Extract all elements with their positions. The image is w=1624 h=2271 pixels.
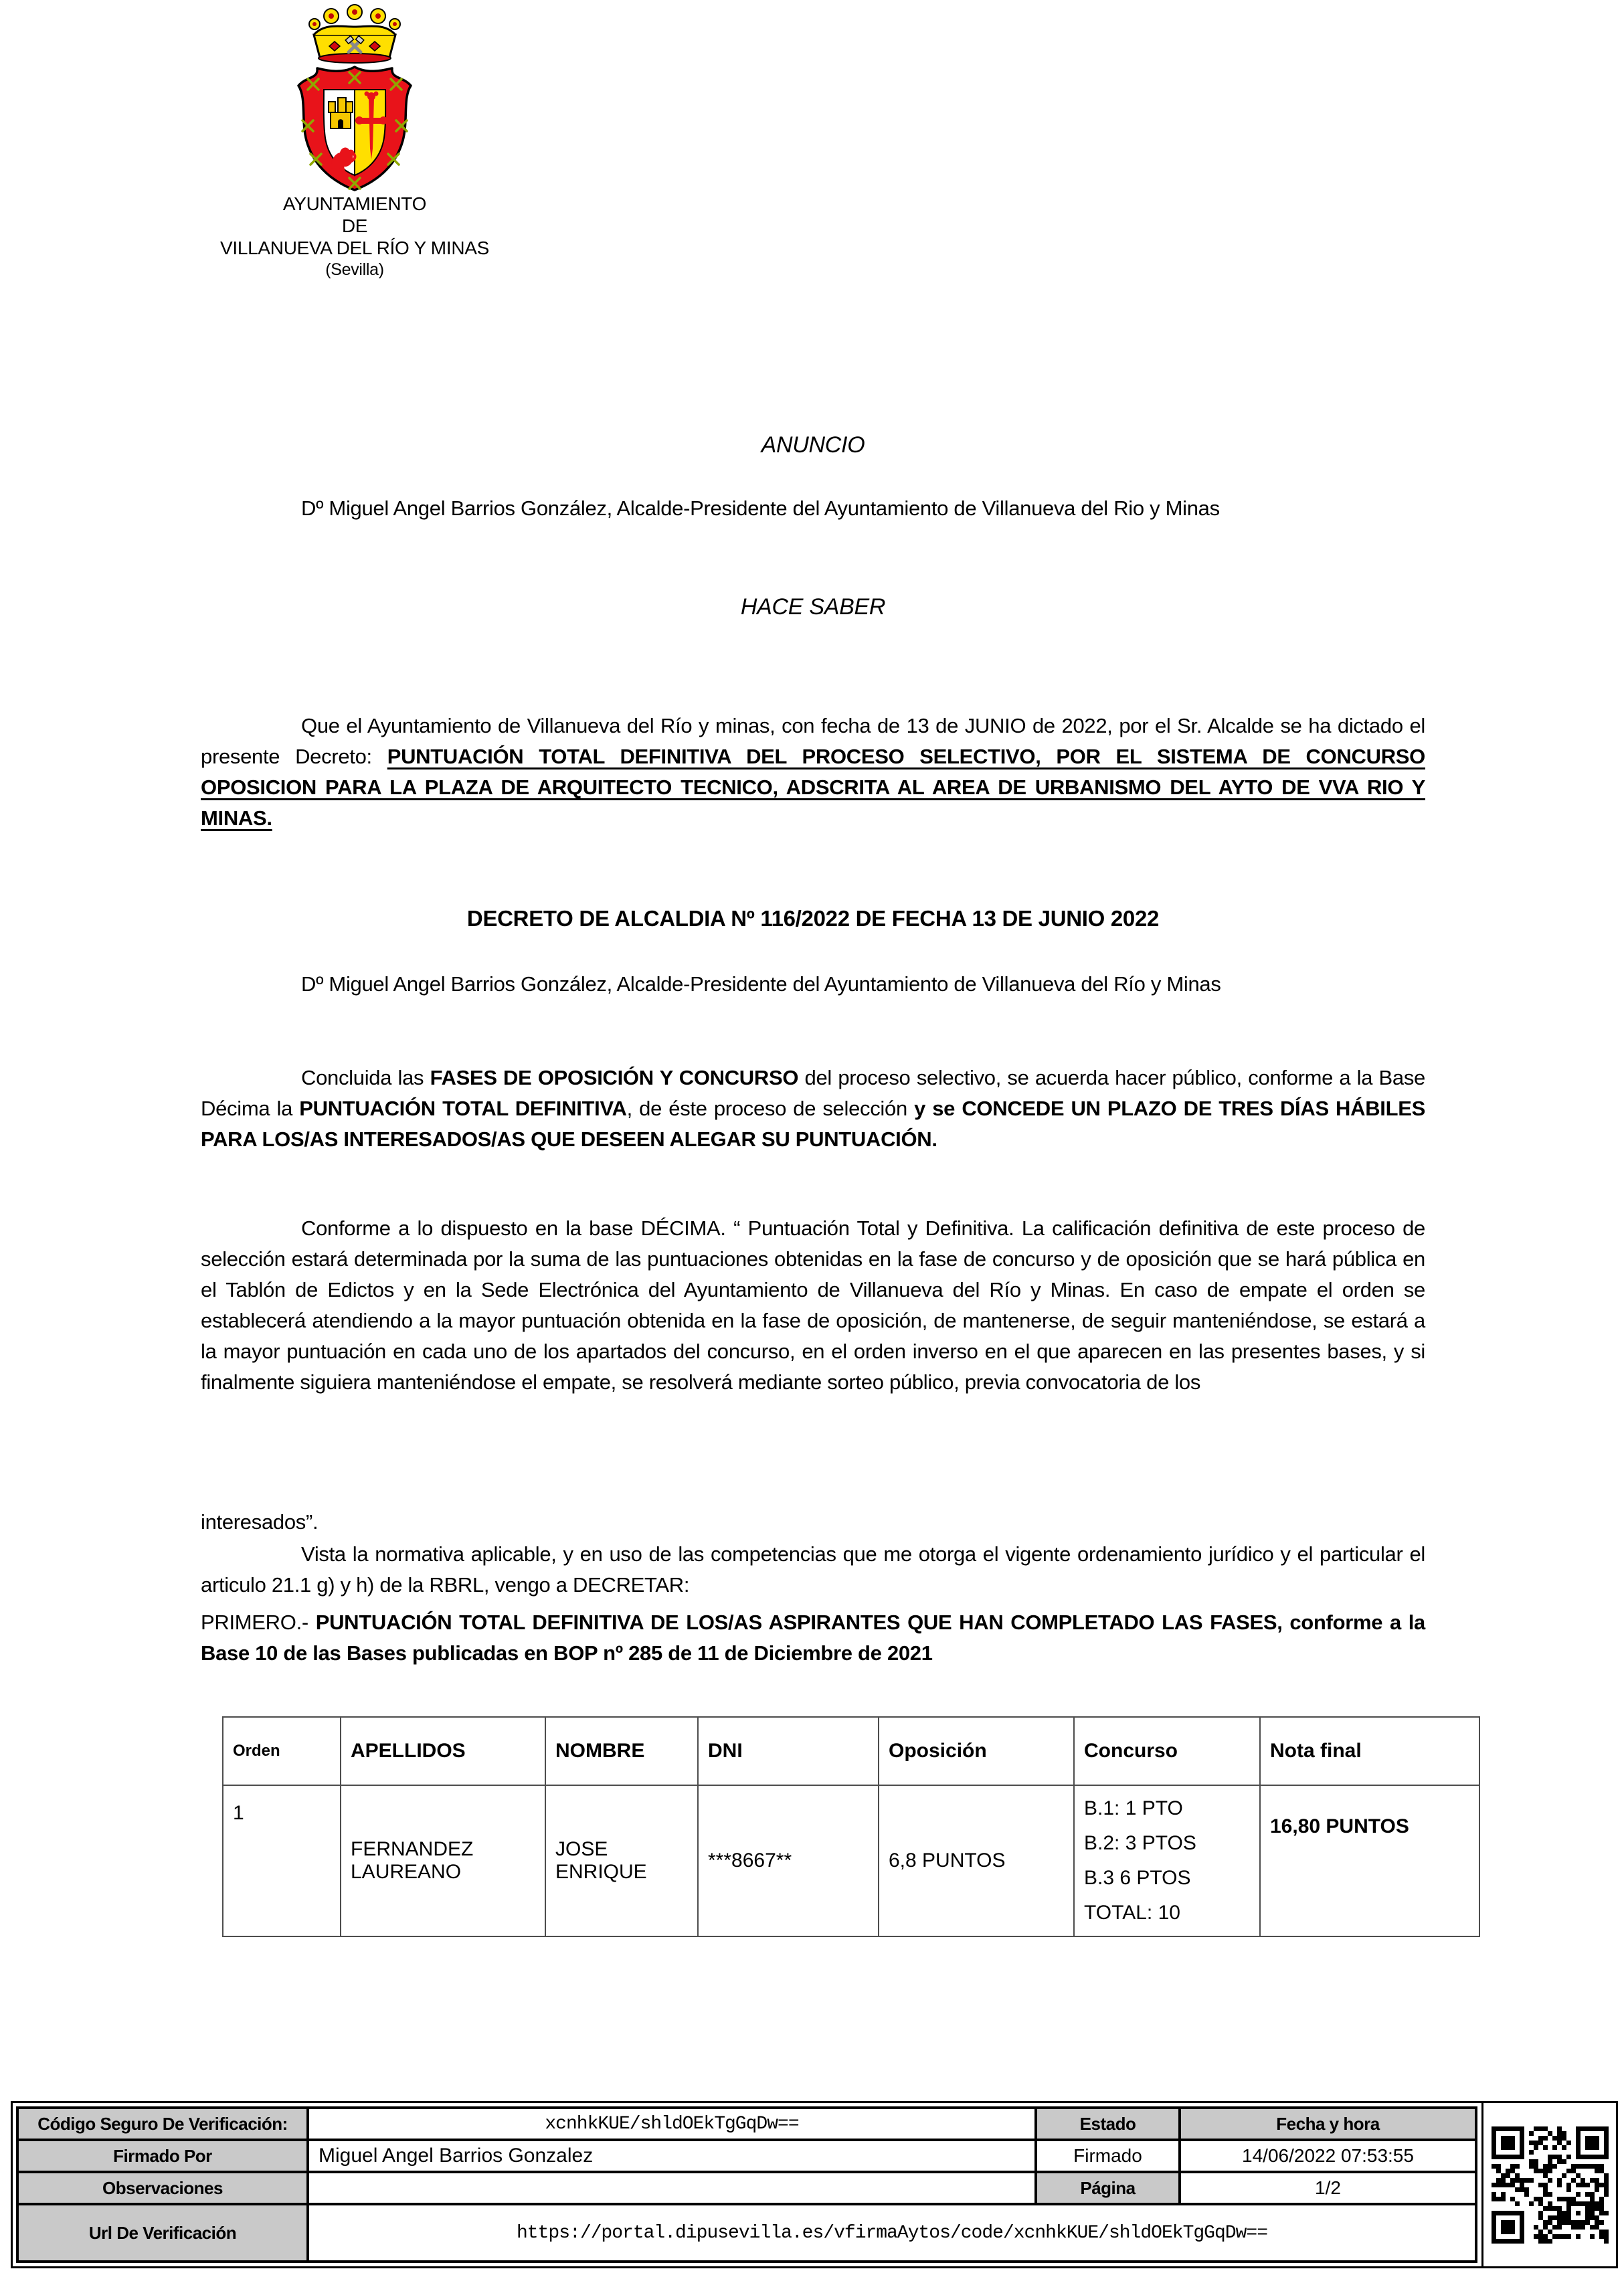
org-name-line3: VILLANUEVA DEL RÍO Y MINAS: [201, 237, 509, 259]
col-header-oposicion: Oposición: [879, 1717, 1074, 1785]
org-header: AYUNTAMIENTO DE VILLANUEVA DEL RÍO Y MIN…: [201, 4, 509, 281]
doc-title: ANUNCIO: [201, 430, 1425, 460]
qr-cell: [1481, 2103, 1616, 2266]
firmado-por-label: Firmado Por: [17, 2140, 308, 2172]
signature-footer: Código Seguro De Verificación: xcnhkKUE/…: [11, 2101, 1618, 2268]
col-header-orden: Orden: [223, 1717, 341, 1785]
conforme-paragraph: Conforme a lo dispuesto en la base DÉCIM…: [201, 1213, 1425, 1398]
decreto-heading: DECRETO DE ALCALDIA Nº 116/2022 DE FECHA…: [201, 903, 1425, 934]
concluida-run5: , de éste proceso de selección: [627, 1097, 914, 1120]
url-row: Url De Verificación https://portal.dipus…: [17, 2204, 1476, 2262]
col-header-apellidos: APELLIDOS: [341, 1717, 545, 1785]
org-name-line1: AYUNTAMIENTO: [201, 193, 509, 215]
intro-paragraph: Dº Miguel Angel Barrios González, Alcald…: [201, 493, 1425, 524]
verification-table: Código Seguro De Verificación: xcnhkKUE/…: [16, 2106, 1477, 2263]
qr-code: [1492, 2126, 1609, 2244]
fecha-hora-label: Fecha y hora: [1180, 2108, 1476, 2140]
results-table: Orden APELLIDOS NOMBRE DNI Oposición Con…: [222, 1716, 1480, 1937]
firmado-por-value: Miguel Angel Barrios Gonzalez: [308, 2140, 1036, 2172]
table-row: 1 FERNANDEZ LAUREANO JOSE ENRIQUE ***866…: [223, 1785, 1479, 1936]
csv-label: Código Seguro De Verificación:: [17, 2108, 308, 2140]
org-province: (Sevilla): [201, 259, 509, 281]
col-header-dni: DNI: [698, 1717, 879, 1785]
cell-nota-final: 16,80 PUNTOS: [1260, 1785, 1479, 1936]
csv-value: xcnhkKUE/shldOEkTgGqDw==: [308, 2108, 1036, 2140]
cell-concurso: B.1: 1 PTO B.2: 3 PTOS B.3 6 PTOS TOTAL:…: [1074, 1785, 1260, 1936]
estado-label: Estado: [1036, 2108, 1180, 2140]
observaciones-value: [308, 2172, 1036, 2204]
castle-door: [338, 119, 343, 128]
concluida-run4-bold: PUNTUACIÓN TOTAL DEFINITIVA: [299, 1097, 626, 1120]
pagina-label: Página: [1036, 2172, 1180, 2204]
document-page: AYUNTAMIENTO DE VILLANUEVA DEL RÍO Y MIN…: [0, 0, 1624, 2271]
concluida-paragraph: Concluida las FASES DE OPOSICIÓN Y CONCU…: [201, 1063, 1425, 1155]
col-header-nota-final: Nota final: [1260, 1717, 1479, 1785]
cell-oposicion: 6,8 PUNTOS: [879, 1785, 1074, 1936]
estado-value: Firmado: [1036, 2140, 1180, 2172]
observaciones-row: Observaciones Página 1/2: [17, 2172, 1476, 2204]
primero-paragraph: PRIMERO.- PUNTUACIÓN TOTAL DEFINITIVA DE…: [201, 1607, 1425, 1669]
crown-icon: [309, 5, 400, 63]
cell-nombre: JOSE ENRIQUE: [545, 1785, 698, 1936]
results-header-row: Orden APELLIDOS NOMBRE DNI Oposición Con…: [223, 1717, 1479, 1785]
observaciones-label: Observaciones: [17, 2172, 308, 2204]
fecha-hora-value: 14/06/2022 07:53:55: [1180, 2140, 1476, 2172]
vista-paragraph: Vista la normativa aplicable, y en uso d…: [201, 1539, 1425, 1601]
shield-icon: [298, 67, 411, 190]
hace-saber-heading: HACE SABER: [201, 592, 1425, 622]
decree-announcement-paragraph: Que el Ayuntamiento de Villanueva del Rí…: [201, 711, 1425, 834]
cell-apellidos: FERNANDEZ LAUREANO: [341, 1785, 545, 1936]
org-name-line2: DE: [201, 215, 509, 237]
concluida-run1: Concluida las: [301, 1066, 430, 1089]
interesados-line: interesados”.: [201, 1507, 1425, 1538]
cell-orden: 1: [223, 1785, 341, 1936]
pagina-value: 1/2: [1180, 2172, 1476, 2204]
coat-of-arms: [284, 4, 425, 193]
concluida-run2-bold: FASES DE OPOSICIÓN Y CONCURSO: [430, 1066, 799, 1089]
president-paragraph: Dº Miguel Angel Barrios González, Alcald…: [201, 969, 1425, 1000]
primero-label: PRIMERO.-: [201, 1611, 316, 1634]
col-header-nombre: NOMBRE: [545, 1717, 698, 1785]
col-header-concurso: Concurso: [1074, 1717, 1260, 1785]
url-value: https://portal.dipusevilla.es/vfirmaAyto…: [308, 2204, 1476, 2262]
verification-table-wrap: Código Seguro De Verificación: xcnhkKUE/…: [13, 2103, 1481, 2266]
url-label: Url De Verificación: [17, 2204, 308, 2262]
cell-dni: ***8667**: [698, 1785, 879, 1936]
firmado-row: Firmado Por Miguel Angel Barrios Gonzale…: [17, 2140, 1476, 2172]
primero-bold-text: PUNTUACIÓN TOTAL DEFINITIVA DE LOS/AS AS…: [201, 1611, 1425, 1665]
csv-row: Código Seguro De Verificación: xcnhkKUE/…: [17, 2108, 1476, 2140]
